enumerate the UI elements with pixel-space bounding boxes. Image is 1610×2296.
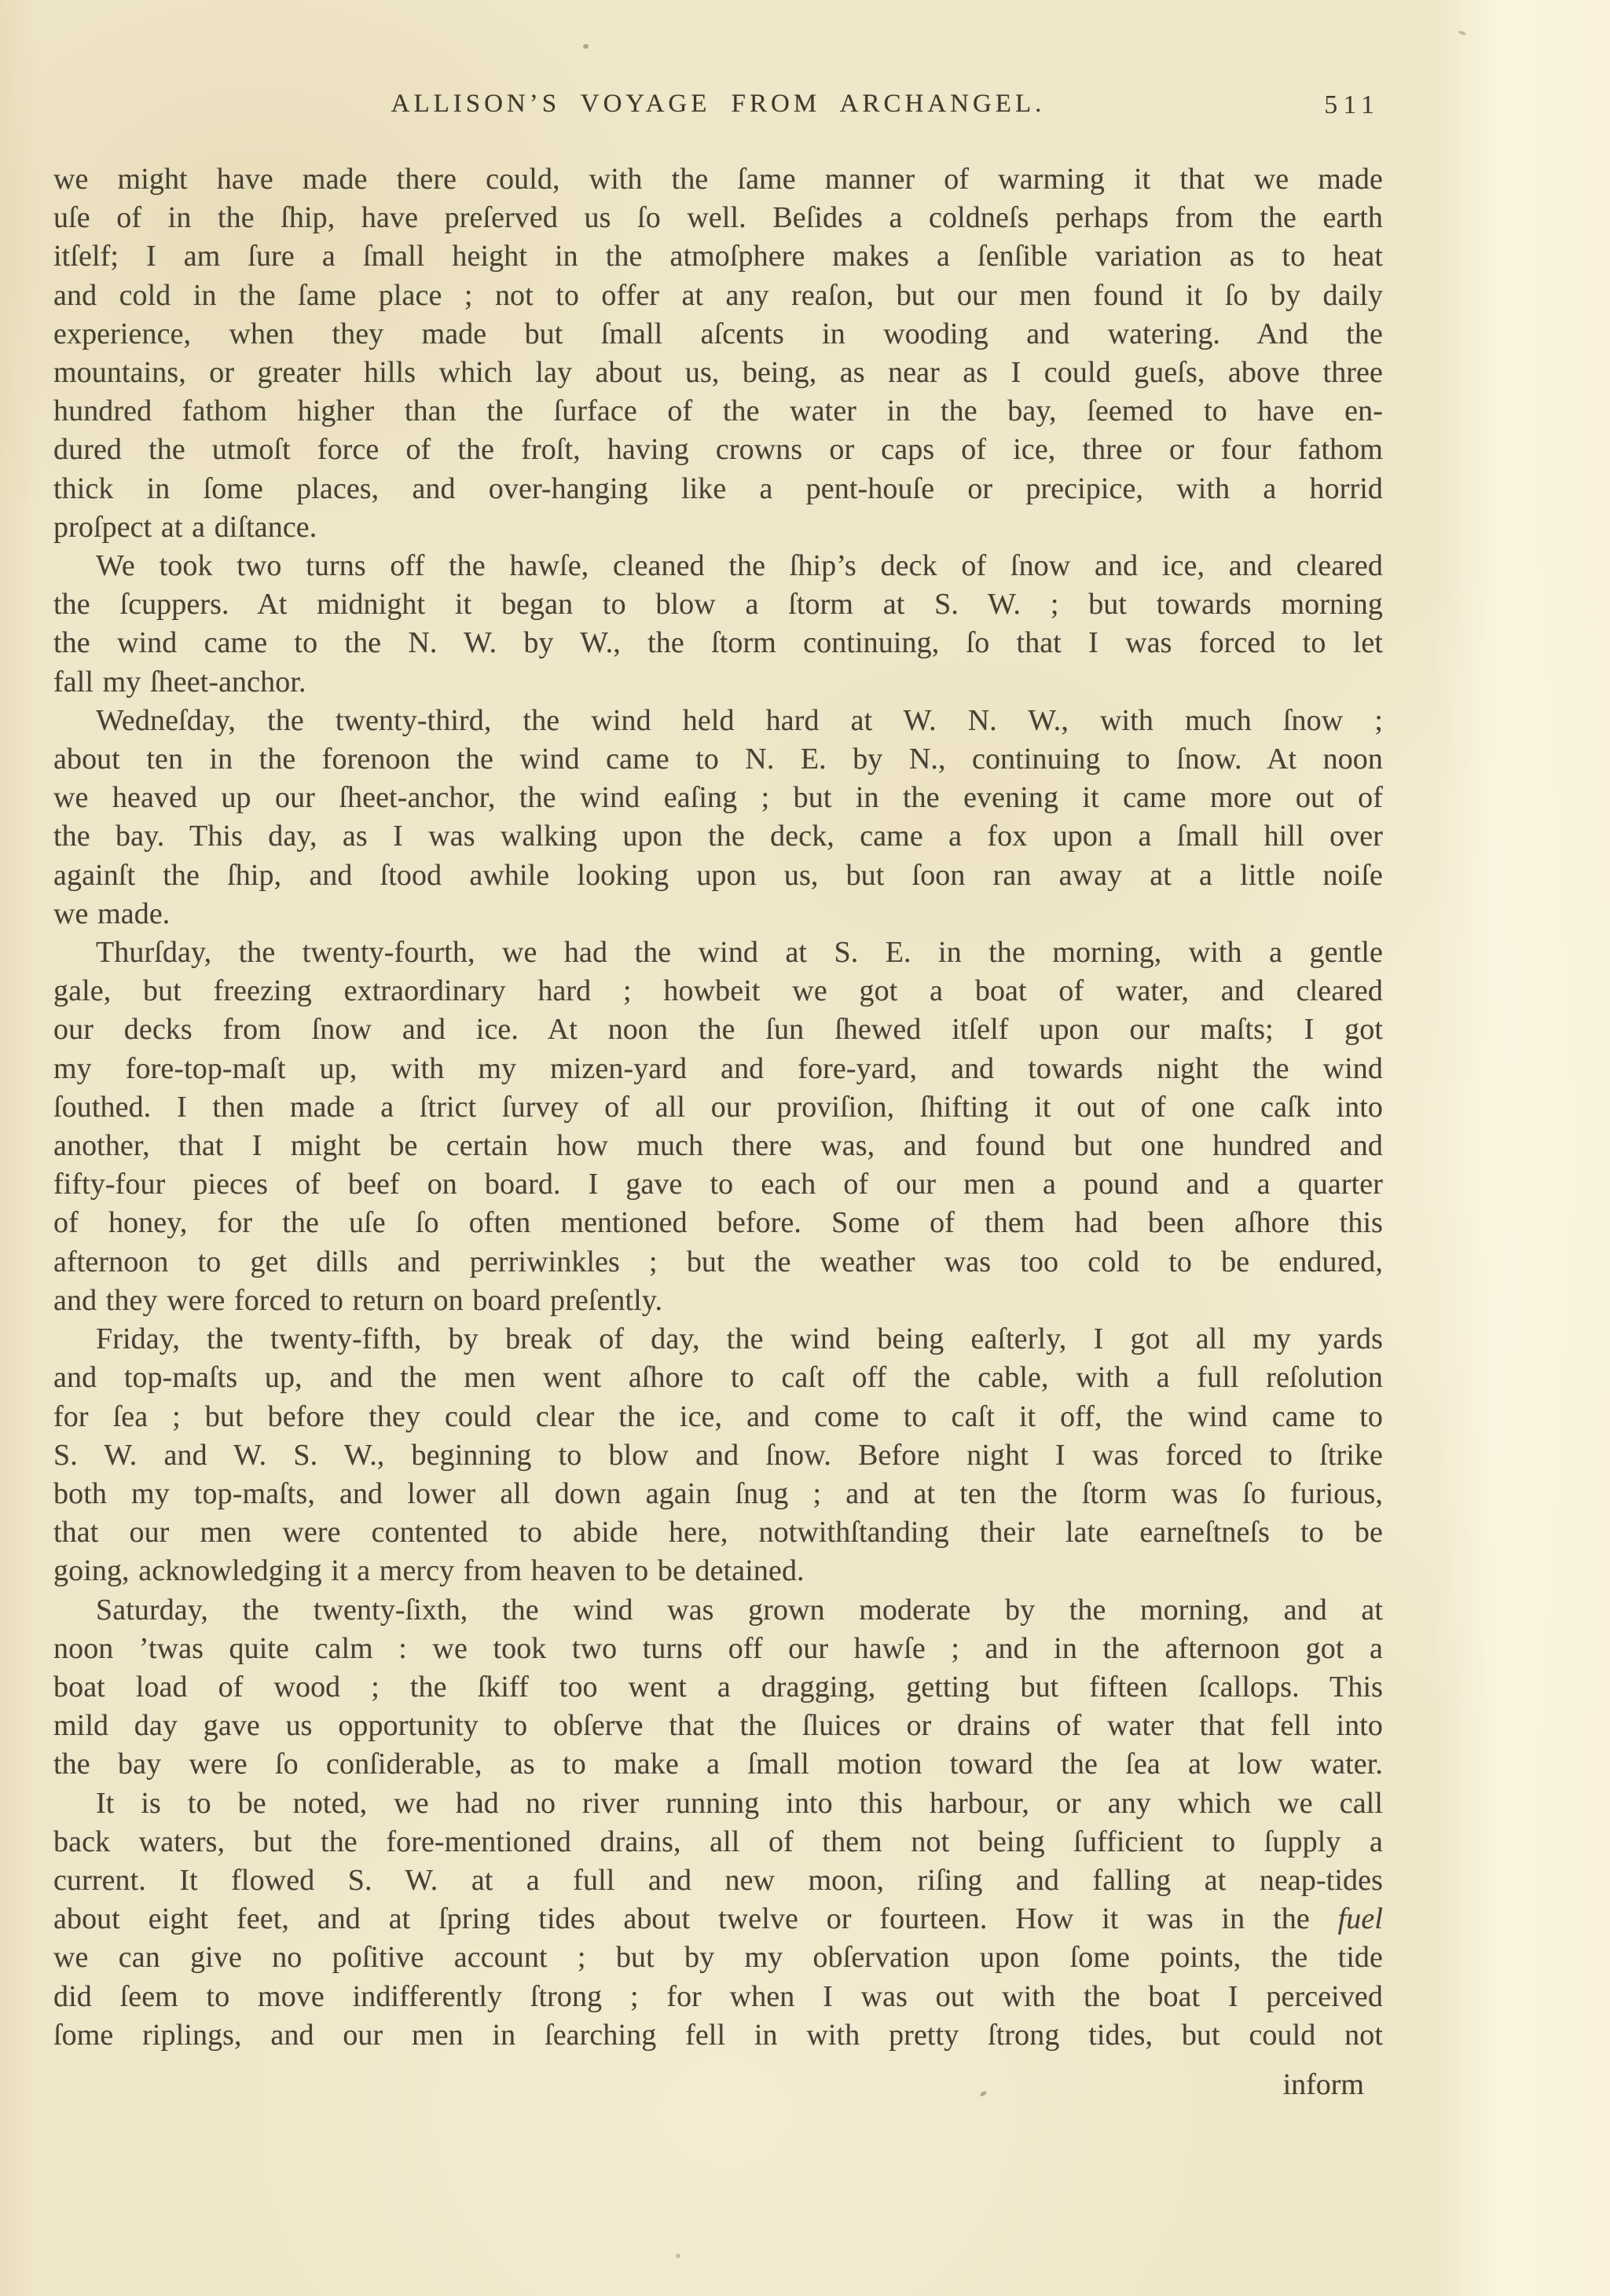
text-line: Wedneſday, the twenty-third, the wind he… — [53, 702, 1383, 740]
page-number: 511 — [1324, 90, 1380, 120]
running-title: ALLISON’S VOYAGE FROM ARCHANGEL. — [391, 90, 1046, 118]
paragraph: It is to be noted, we had no river runni… — [53, 1784, 1383, 2055]
paragraph: we might have made there could, with the… — [53, 160, 1383, 547]
text-line: and top-maſts up, and the men went aſhor… — [53, 1359, 1383, 1397]
text-line: proſpect at a diſtance. — [53, 508, 1383, 547]
text-line: uſe of in the ſhip, have preſerved us ſo… — [53, 199, 1383, 237]
text-line: and cold in the ſame place ; not to offe… — [53, 277, 1383, 315]
text-line: dured the utmoſt force of the froſt, hav… — [53, 431, 1383, 469]
text-line: we made. — [53, 895, 1383, 933]
paragraph: We took two turns off the hawſe, cleaned… — [53, 547, 1383, 702]
text-line: both my top-maſts, and lower all down ag… — [53, 1475, 1383, 1513]
text-line: the bay. This day, as I was walking upon… — [53, 817, 1383, 856]
text-line: that our men were contented to abide her… — [53, 1513, 1383, 1552]
text-line: ſome riplings, and our men in ſearching … — [53, 2016, 1383, 2055]
catchword-row: inform — [53, 2066, 1383, 2104]
text-line: and they were forced to return on board … — [53, 1282, 1383, 1320]
text-line: It is to be noted, we had no river runni… — [53, 1784, 1383, 1823]
paragraph: Wedneſday, the twenty-third, the wind he… — [53, 702, 1383, 933]
text-line: we can give no poſitive account ; but by… — [53, 1938, 1383, 1977]
text-line: the bay were ſo conſiderable, as to make… — [53, 1745, 1383, 1784]
text-line: back waters, but the fore-mentioned drai… — [53, 1823, 1383, 1861]
book-page: ALLISON’S VOYAGE FROM ARCHANGEL. 511 we … — [0, 0, 1610, 2296]
text-line: thick in ſome places, and over-hanging l… — [53, 470, 1383, 508]
text-line: Thurſday, the twenty-fourth, we had the … — [53, 933, 1383, 972]
text-line: We took two turns off the hawſe, cleaned… — [53, 547, 1383, 585]
text-line: about ten in the forenoon the wind came … — [53, 740, 1383, 779]
text-line: fall my ſheet-anchor. — [53, 663, 1383, 702]
text-line: of honey, for the uſe ſo often mentioned… — [53, 1204, 1383, 1242]
text-line: S. W. and W. S. W., beginning to blow an… — [53, 1436, 1383, 1475]
text-line: did ſeem to move indifferently ſtrong ; … — [53, 1978, 1383, 2016]
ink-speck — [1458, 30, 1467, 35]
text-line: the ſcuppers. At midnight it began to bl… — [53, 585, 1383, 624]
text-line: going, acknowledging it a mercy from hea… — [53, 1552, 1383, 1590]
text-line: gale, but freezing extraordinary hard ; … — [53, 972, 1383, 1010]
text-line: mountains, or greater hills which lay ab… — [53, 354, 1383, 392]
text-line: ſouthed. I then made a ſtrict ſurvey of … — [53, 1088, 1383, 1127]
running-head: ALLISON’S VOYAGE FROM ARCHANGEL. 511 — [53, 90, 1383, 127]
text-line: for ſea ; but before they could clear th… — [53, 1398, 1383, 1436]
text-line: fifty-four pieces of beef on board. I ga… — [53, 1165, 1383, 1204]
text-line: we might have made there could, with the… — [53, 160, 1383, 199]
text-line: afternoon to get dills and perriwinkles … — [53, 1243, 1383, 1282]
paragraph: Saturday, the twenty-ſixth, the wind was… — [53, 1591, 1383, 1784]
text-line: current. It flowed S. W. at a full and n… — [53, 1861, 1383, 1900]
text-line: hundred fathom higher than the ſurface o… — [53, 392, 1383, 431]
text-line: my fore-top-maſt up, with my mizen-yard … — [53, 1050, 1383, 1088]
text-line: we heaved up our ſheet-anchor, the wind … — [53, 779, 1383, 817]
text-line: experience, when they made but ſmall aſc… — [53, 315, 1383, 354]
page-text: we might have made there could, with the… — [53, 160, 1383, 2055]
catchword: inform — [1283, 2068, 1364, 2101]
text-line: the wind came to the N. W. by W., the ſt… — [53, 624, 1383, 662]
text-line: Saturday, the twenty-ſixth, the wind was… — [53, 1591, 1383, 1630]
paragraph: Friday, the twenty-fifth, by break of da… — [53, 1320, 1383, 1590]
text-line: Friday, the twenty-fifth, by break of da… — [53, 1320, 1383, 1359]
text-line: about eight feet, and at ſpring tides ab… — [53, 1900, 1383, 1938]
text-line: itſelf; I am ſure a ſmall height in the … — [53, 237, 1383, 276]
text-line: againſt the ſhip, and ſtood awhile looki… — [53, 856, 1383, 895]
text-line: mild day gave us opportunity to obſerve … — [53, 1707, 1383, 1745]
text-line: another, that I might be certain how muc… — [53, 1127, 1383, 1165]
ink-speck — [676, 2254, 680, 2258]
paragraph: Thurſday, the twenty-fourth, we had the … — [53, 933, 1383, 1320]
text-line: noon ’twas quite calm : we took two turn… — [53, 1630, 1383, 1668]
text-line: our decks from ſnow and ice. At noon the… — [53, 1010, 1383, 1049]
text-line: boat load of wood ; the ſkiff too went a… — [53, 1668, 1383, 1707]
ink-speck — [583, 44, 589, 49]
